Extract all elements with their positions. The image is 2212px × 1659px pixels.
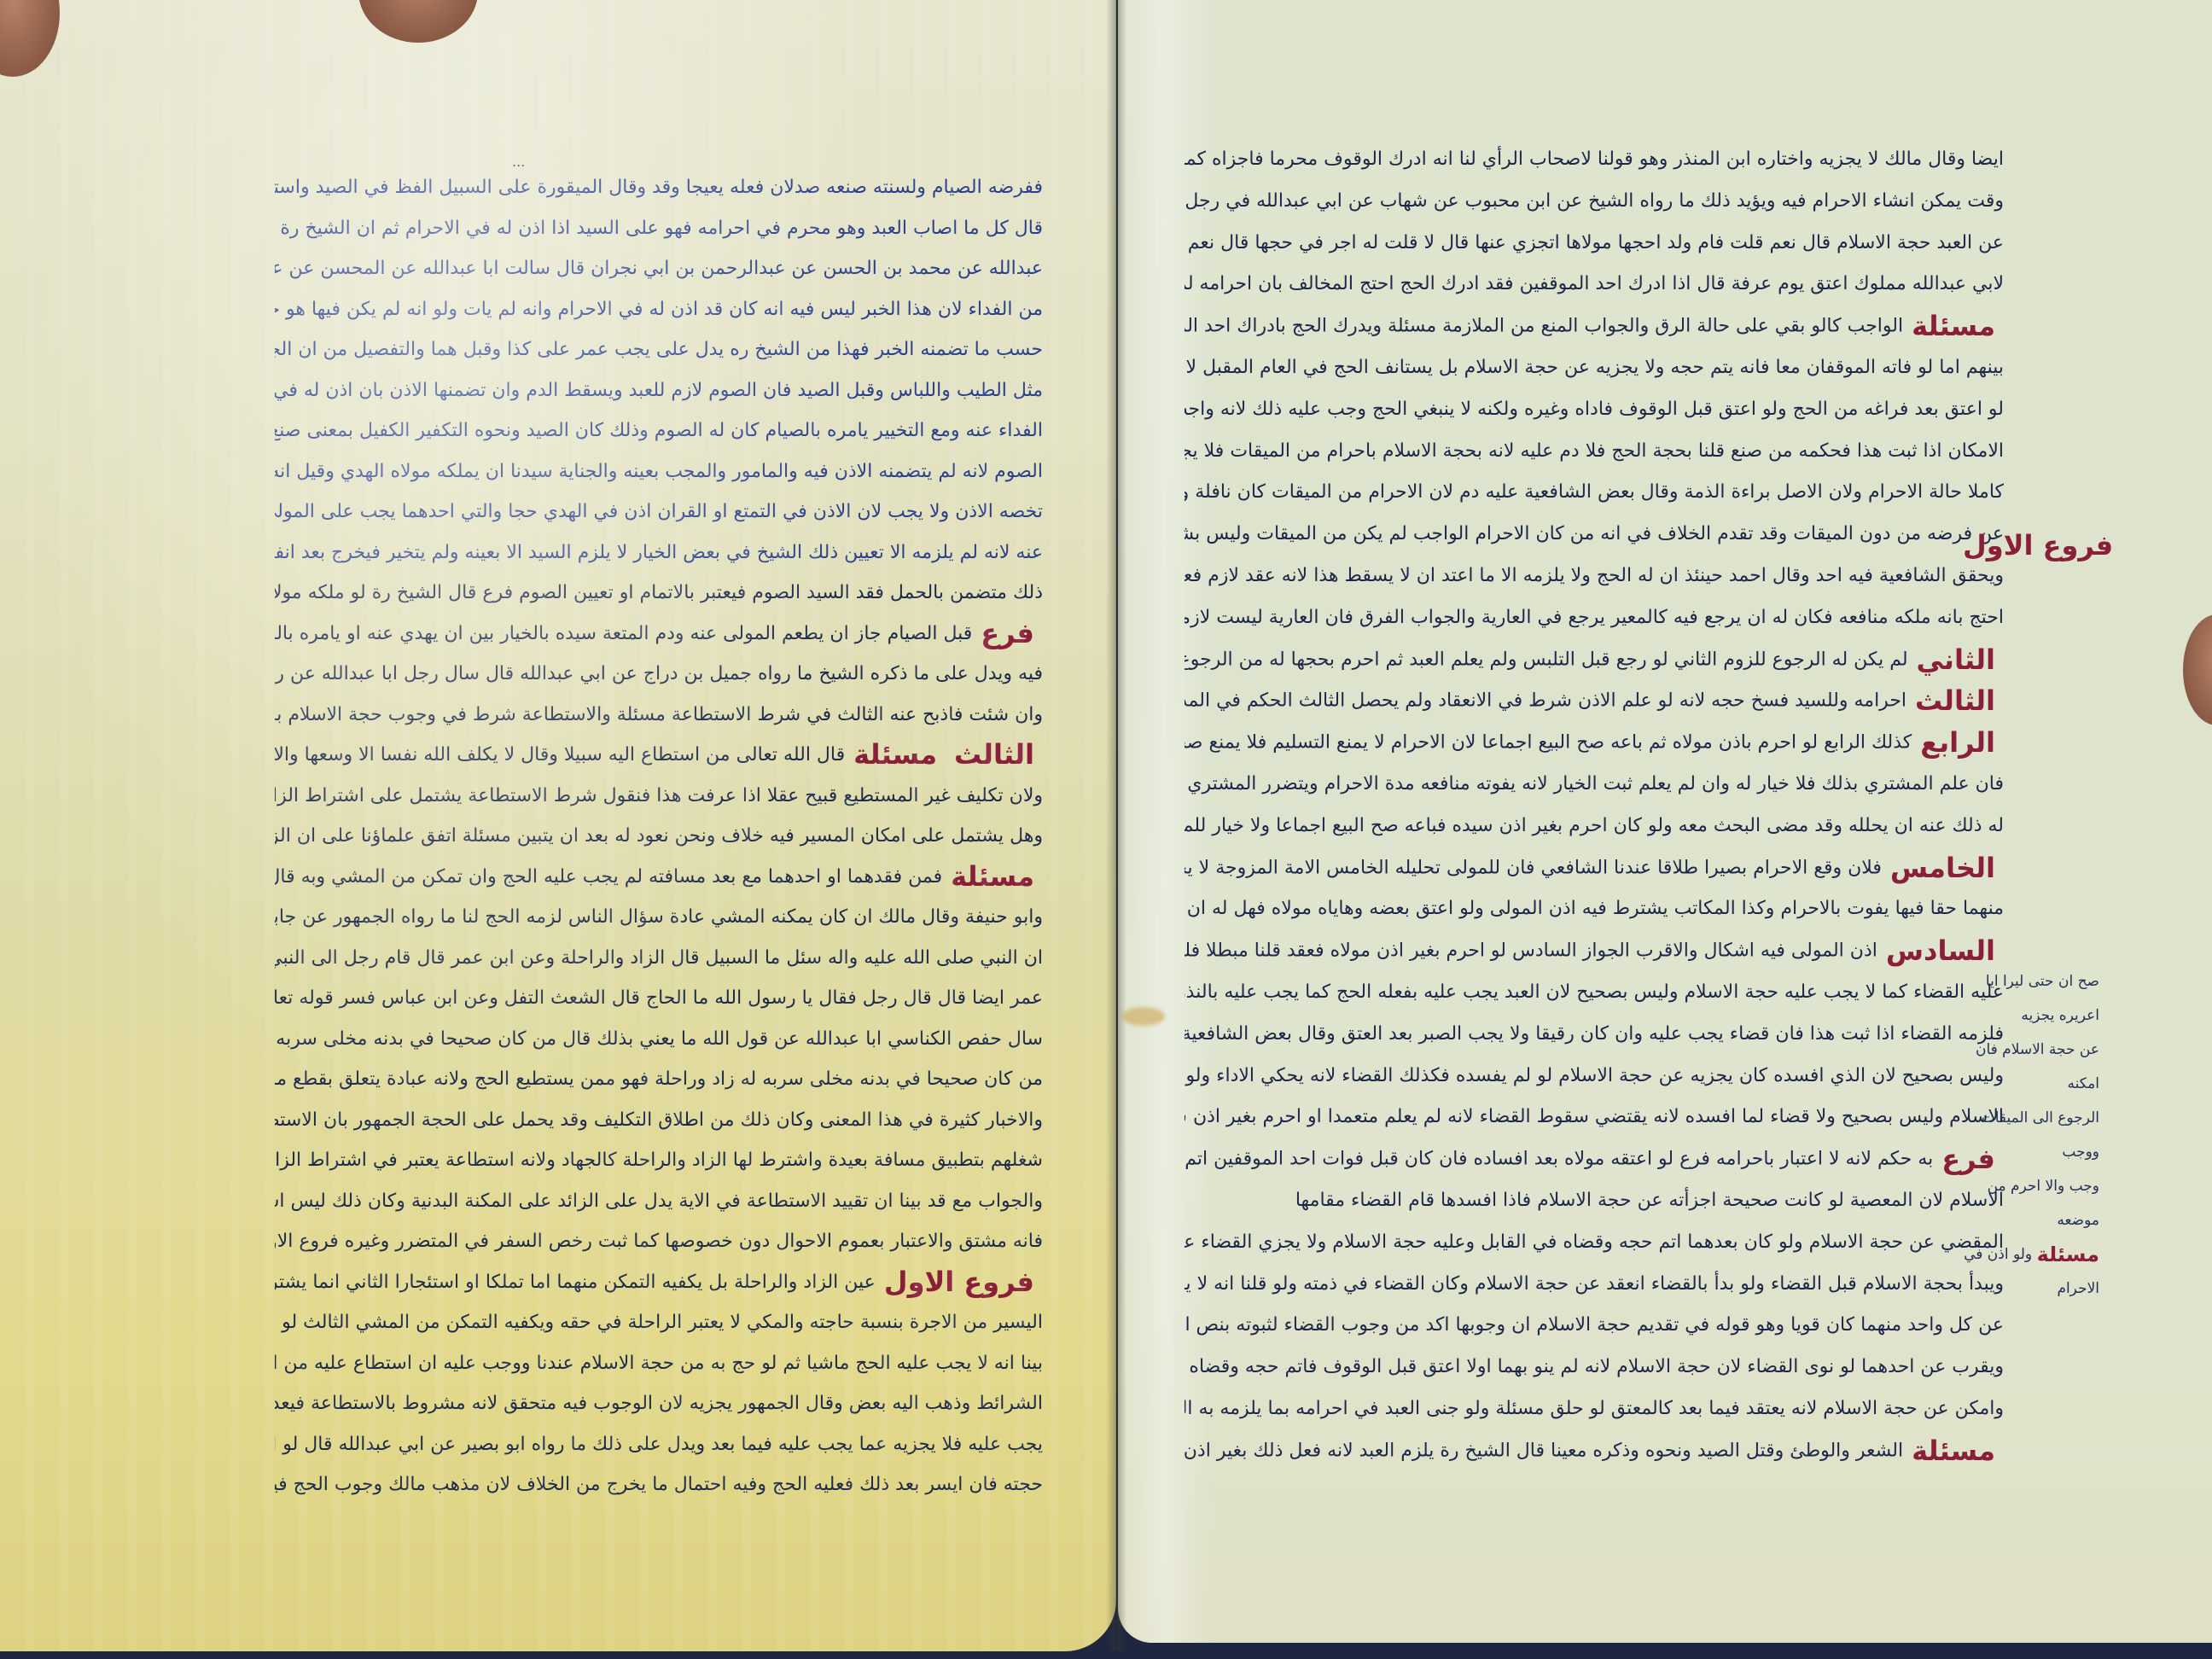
book-gutter [1106,0,1126,1651]
text-line: والجواب مع قد بينا ان تقييد الاستطاعة في… [275,1181,1043,1222]
text-line: وامكن عن حجة الاسلام لانه يعتقد فيما بعد… [1185,1388,2004,1430]
margin-note-line: وجب والا احرم من موضعه [1954,1169,2099,1237]
manuscript-photo: ... ففرضه الصيام ولسنته صنعه صدلان فعله … [0,0,2212,1659]
text-line: فانه مشتق والاعتبار بعموم الاحوال دون خص… [275,1221,1043,1262]
text-line: ويقرب عن احدهما لو نوى القضاء لان حجة ال… [1185,1347,2004,1388]
text-line: عن كل واحد منهما كان قويا وهو قوله في تق… [1185,1305,2004,1347]
text-line: وليس بصحيح لان الذي افسده كان يجزيه عن ح… [1185,1056,2004,1097]
text-line: والاخبار كثيرة في هذا المعنى وكان ذلك من… [275,1100,1043,1141]
text-line: فان علم المشتري بذلك فلا خيار له وان لم … [1185,764,2004,806]
text-line: الخامسفلان وقع الاحرام بصيرا طلاقا عندنا… [1185,847,2004,889]
text-line: الثالثاحرامه وللسيد فسخ حجه لانه لو علم … [1185,680,2004,722]
text-line: المقضي عن حجة الاسلام ولو كان بعدهما اتم… [1185,1222,2004,1264]
text-line: لابي عبدالله مملوك اعتق يوم عرفة قال اذا… [1185,264,2004,306]
text-line: ذلك متضمن بالحمل فقد السيد الصوم فيعتبر … [275,573,1043,614]
text-line: وهل يشتمل على امكان المسير فيه خلاف ونحن… [275,816,1043,857]
text-line: بينهم اما لو فاته الموقفان معا فانه يتم … [1185,347,2004,389]
text-line: فلزمه القضاء اذا ثبت هذا فان قضاء يجب عل… [1185,1014,2004,1056]
text-line: ان النبي صلى الله عليه واله سئل ما السبي… [275,938,1043,979]
text-line: عليه القضاء كما لا يجب عليه حجة الاسلام … [1185,972,2004,1014]
right-text-block: ايضا وقال مالك لا يجزيه واختاره ابن المن… [1185,139,2004,1472]
text-line: وقت يمكن انشاء الاحرام فيه ويؤيد ذلك ما … [1185,181,2004,223]
text-line: فرعبه حكم لانه لا اعتبار باحرامه فرع لو … [1185,1138,2004,1180]
text-line: فروع الاولعين الزاد والراحلة بل يكفيه ال… [275,1262,1043,1303]
margin-note-line: صح ان حتى ليرا ايا اعريره يجزيه [1954,964,2099,1033]
text-line: ففرضه الصيام ولسنته صنعه صدلان فعله يعيج… [275,167,1043,208]
text-line: الثالثمسئلةقال الله تعالى من استطاع اليه… [275,735,1043,776]
paper-stain [1122,1007,1165,1026]
text-line: الاسلام لان المعصية لو كانت صحيحة اجزأته… [1185,1180,2004,1222]
rubric-heading: الرابع [1912,722,2004,764]
text-line: بينا انه لا يجب عليه الحج ماشيا ثم لو حج… [275,1343,1043,1384]
text-line: شغلهم بتطبيق مسافة بعيدة واشترط لها الزا… [275,1140,1043,1181]
rubric-heading: مسئلة [942,857,1043,897]
rubric-heading: مسئلة [1903,306,2004,347]
text-line: عمر ايضا قال قال رجل فقال يا رسول الله م… [275,978,1043,1019]
rubric-heading: فروع الاول [876,1262,1043,1302]
text-line: احتج بانه ملكه منافعه فكان له ان يرجع في… [1185,597,2004,639]
text-line: الصوم لانه لم يتضمنه الاذن فيه والمامور … [275,451,1043,492]
text-line: من الفداء لان هذا الخبر ليس فيه انه كان … [275,289,1043,330]
rubric-heading: الثاني [1908,639,2004,681]
text-line: له ذلك عنه ان يحلله وقد مضى البحث معه ول… [1185,806,2004,847]
text-line: اليسير من الاجرة بنسبة حاجته والمكي لا ي… [275,1302,1043,1343]
text-line: يجب عليه فلا يجزيه عما يجب عليه فيما بعد… [275,1424,1043,1465]
text-line: ويبدأ بحجة الاسلام قبل القضاء ولو بدأ با… [1185,1264,2004,1306]
text-line: عن العبد حجة الاسلام قال نعم قلت فام ولد… [1185,223,2004,265]
text-line: ايضا وقال مالك لا يجزيه واختاره ابن المن… [1185,139,2004,181]
text-line: فيه ويدل على ما ذكره الشيخ ما رواه جميل … [275,654,1043,695]
text-line: عبدالله عن محمد بن الحسن عن عبدالرحمن بن… [275,248,1043,289]
text-line: الرابعكذلك الرابع لو احرم باذن مولاه ثم … [1185,722,2004,764]
rubric-heading: مسئلة [1903,1430,2004,1472]
text-line: الشرائط وذهب اليه بعض وقال الجمهور يجزيه… [275,1383,1043,1424]
margin-note-line: مسئلة ولو اذن في الاحرام [1954,1237,2099,1306]
text-line: قال كل ما اصاب العبد وهو محرم في احرامه … [275,208,1043,249]
text-line: منهما حقا فيها يفوت بالاحرام وكذا المكات… [1185,888,2004,930]
text-line: لو اعتق بعد فراغه من الحج ولو اعتق قبل ا… [1185,389,2004,431]
rubric-heading: فرع [972,614,1043,654]
text-line: مسئلةفمن فقدهما او احدهما مع بعد مسافته … [275,857,1043,898]
text-line: الامكان اذا ثبت هذا فحكمه من صنع قلنا بح… [1185,431,2004,473]
text-line: ولان تكليف غير المستطيع قبيح عقلا اذا عر… [275,776,1043,817]
text-line: الفداء عنه ومع التخيير يامره بالصيام كان… [275,410,1043,451]
text-line: الثانيلم يكن له الرجوع للزوم الثاني لو ر… [1185,639,2004,681]
rubric-heading: مسئلة [2037,1237,2099,1272]
margin-note-line: الرجوع الى الميقات ووجب [1954,1101,2099,1169]
text-line: وان شئت فاذبح عنه الثالث في شرط الاستطاع… [275,695,1043,736]
text-line: ويحقق الشافعية فيه احد وقال احمد حينئذ ا… [1185,556,2004,597]
text-line: الاسلام وليس بصحيح ولا قضاء لما افسده لا… [1185,1097,2004,1138]
text-line: حسب ما تضمنه الخبر فهذا من الشيخ ره يدل … [275,329,1043,370]
text-line: وابو حنيفة وقال مالك ان كان يمكنه المشي … [275,897,1043,938]
text-line: سال حفص الكناسي ابا عبدالله عن قول الله … [275,1019,1043,1060]
text-line: مسئلةالواجب كالو بقي على حالة الرق والجو… [1185,306,2004,347]
text-line: كاملا حالة الاحرام ولان الاصل براءة الذم… [1185,472,2004,514]
rubric-heading: الخامس [1882,847,2004,889]
left-text-block: ففرضه الصيام ولسنته صنعه صدلان فعله يعيج… [275,167,1043,1505]
text-line: السادساذن المولى فيه اشكال والاقرب الجوا… [1185,930,2004,972]
text-line: مسئلةالشعر والوطئ وقتل الصيد ونحوه وذكره… [1185,1430,2004,1472]
margin-note: صح ان حتى ليرا ايا اعريره يجزيهعن حجة ال… [1954,964,2099,1306]
left-folio: ... ففرضه الصيام ولسنته صنعه صدلان فعله … [0,0,1116,1651]
margin-rubric-furu: فروع الاول [1963,529,2113,562]
margin-note-line: عن حجة الاسلام فان امكنه [1954,1033,2099,1101]
text-line: حجته فان ايسر بعد ذلك فعليه الحج وفيه اح… [275,1464,1043,1505]
text-line: فرعقبل الصيام جاز ان يطعم المولى عنه ودم… [275,614,1043,655]
text-line: تخصه الاذن ولا يجب لان الاذن في التمتع ا… [275,492,1043,533]
rubric-heading: الثالث [1906,680,2004,722]
rubric-heading: مسئلة [845,735,946,775]
rubric-heading: الثالث [946,735,1043,775]
text-line: عن فرضه من دون الميقات وقد تقدم الخلاف ف… [1185,514,2004,556]
text-line: مثل الطيب واللباس وقبل الصيد فان الصوم ل… [275,370,1043,411]
text-line: عنه لانه لم يلزمه الا تعيين ذلك الشيخ في… [275,533,1043,573]
text-line: من كان صحيحا في بدنه مخلى سربه له زاد ور… [275,1059,1043,1100]
